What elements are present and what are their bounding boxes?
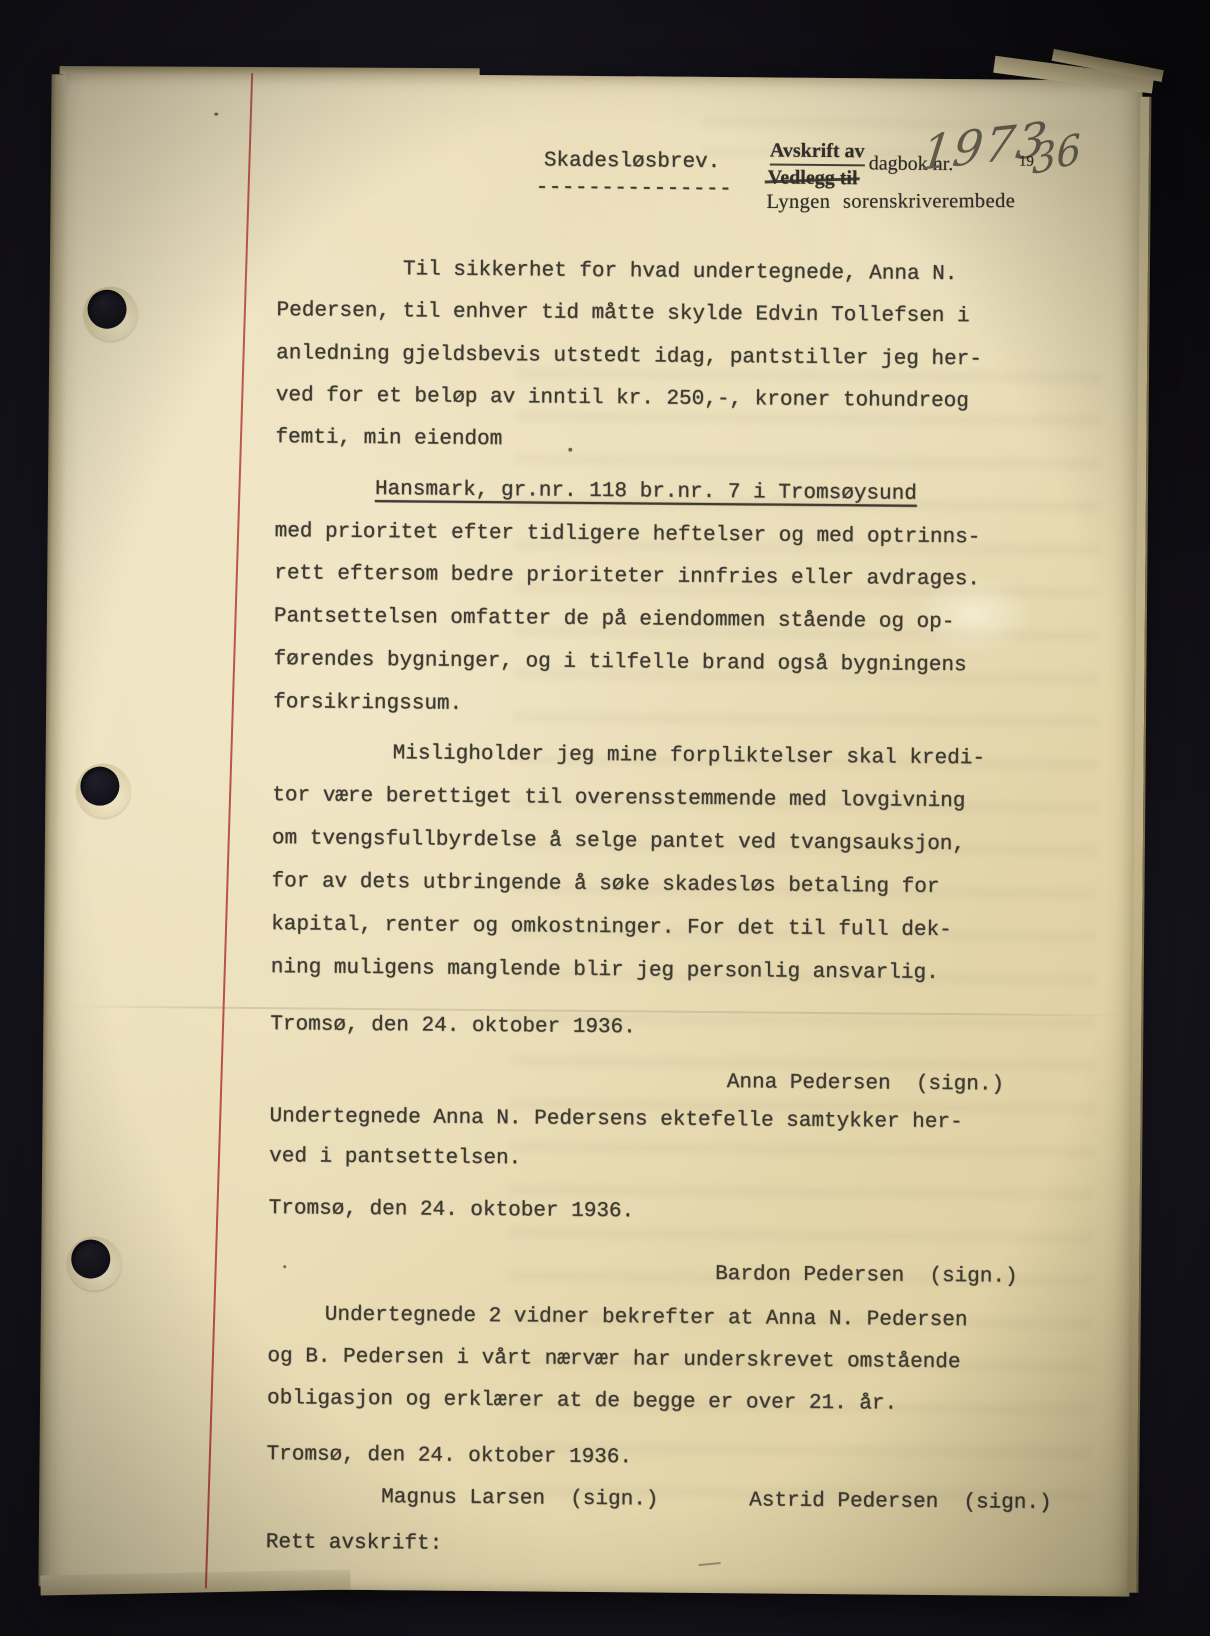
body-line: med prioritet efter tidligere heftelser … <box>275 518 981 551</box>
stamp-office-name: Lyngen sorenskriverembede <box>766 190 1015 214</box>
body-line: kapital, renter og omkostninger. For det… <box>271 911 952 944</box>
signature-bardon-pedersen: Bardon Pedersen (sign.) <box>715 1261 1018 1291</box>
consent-line: ved i pantsettelsen. <box>269 1143 521 1172</box>
ink-speck <box>283 1265 286 1268</box>
body-line: førendes bygninger, og i tilfelle brand … <box>273 646 966 679</box>
body-line: Misligholder jeg mine forpliktelser skal… <box>273 739 986 772</box>
ink-speck <box>568 448 572 452</box>
signature-magnus-larsen: Magnus Larsen (sign.) <box>381 1484 658 1513</box>
body-line: rett eftersom bedre prioriteter innfries… <box>274 560 980 593</box>
body-line: anledning gjeldsbevis utstedt idag, pant… <box>276 340 982 373</box>
body-line: for av dets utbringende å søke skadesløs… <box>271 868 939 901</box>
stamp-copy-of: Avskrift av <box>770 139 865 166</box>
dateline: Tromsø, den 24. oktober 1936. <box>266 1441 632 1471</box>
dateline: Tromsø, den 24. oktober 1936. <box>270 1011 636 1041</box>
body-line: Pedersen, til enhver tid måtte skylde Ed… <box>276 297 969 330</box>
body-line: ning muligens manglende blir jeg personl… <box>271 954 939 987</box>
page-stack-edge-top <box>60 66 480 76</box>
signature-astrid-pedersen: Astrid Pedersen (sign.) <box>749 1487 1052 1517</box>
signature-anna-pedersen: Anna Pedersen (sign.) <box>727 1069 1004 1098</box>
scanner-background: Skadesløsbrev. --------------- Avskrift … <box>0 0 1210 1636</box>
body-line: femti, min eiendom <box>275 424 502 453</box>
body-line: Til sikkerhet for hvad undertegnede, Ann… <box>277 255 958 288</box>
body-line: forsikringssum. <box>273 689 462 718</box>
punch-hole <box>76 763 130 817</box>
document-title: Skadesløsbrev. <box>544 148 721 177</box>
body-line: ved for et beløp av inntil kr. 250,-, kr… <box>276 382 969 415</box>
body-line: om tvengsfullbyrdelse å selge pantet ved… <box>272 825 965 858</box>
witness-line: og B. Pedersen i vårt nærvær har undersk… <box>267 1343 960 1376</box>
page-stack-edge-bottom <box>40 1570 350 1596</box>
witness-line: obligasjon og erklærer at de begge er ov… <box>267 1385 897 1417</box>
body-line: Pantsettelsen omfatter de på eiendommen … <box>274 603 955 636</box>
ink-speck <box>214 113 218 116</box>
witness-line: Undertegnede 2 vidner bekrefter at Anna … <box>268 1301 968 1334</box>
property-description-line: Hansmark, gr.nr. 118 br.nr. 7 i Tromsøys… <box>375 476 917 508</box>
stamp-attachment-to-struck: Vedlegg til <box>768 166 858 190</box>
consent-line: Undertegnede Anna N. Pedersens ektefelle… <box>269 1103 962 1136</box>
document-page: Skadesløsbrev. --------------- Avskrift … <box>50 71 1142 1596</box>
punch-hole <box>67 1236 121 1290</box>
red-margin-rule <box>205 73 253 1588</box>
punch-hole <box>83 287 137 341</box>
document-title-underline: --------------- <box>536 174 733 203</box>
page-stack-edge-left <box>38 74 65 1586</box>
page-stack-edge-right <box>1127 97 1151 1593</box>
body-line: tor være berettiget til overensstemmende… <box>272 782 965 815</box>
pencil-mark <box>699 1562 721 1566</box>
dateline: Tromsø, den 24. oktober 1936. <box>269 1195 635 1225</box>
closing-line: Rett avskrift: <box>266 1529 443 1558</box>
